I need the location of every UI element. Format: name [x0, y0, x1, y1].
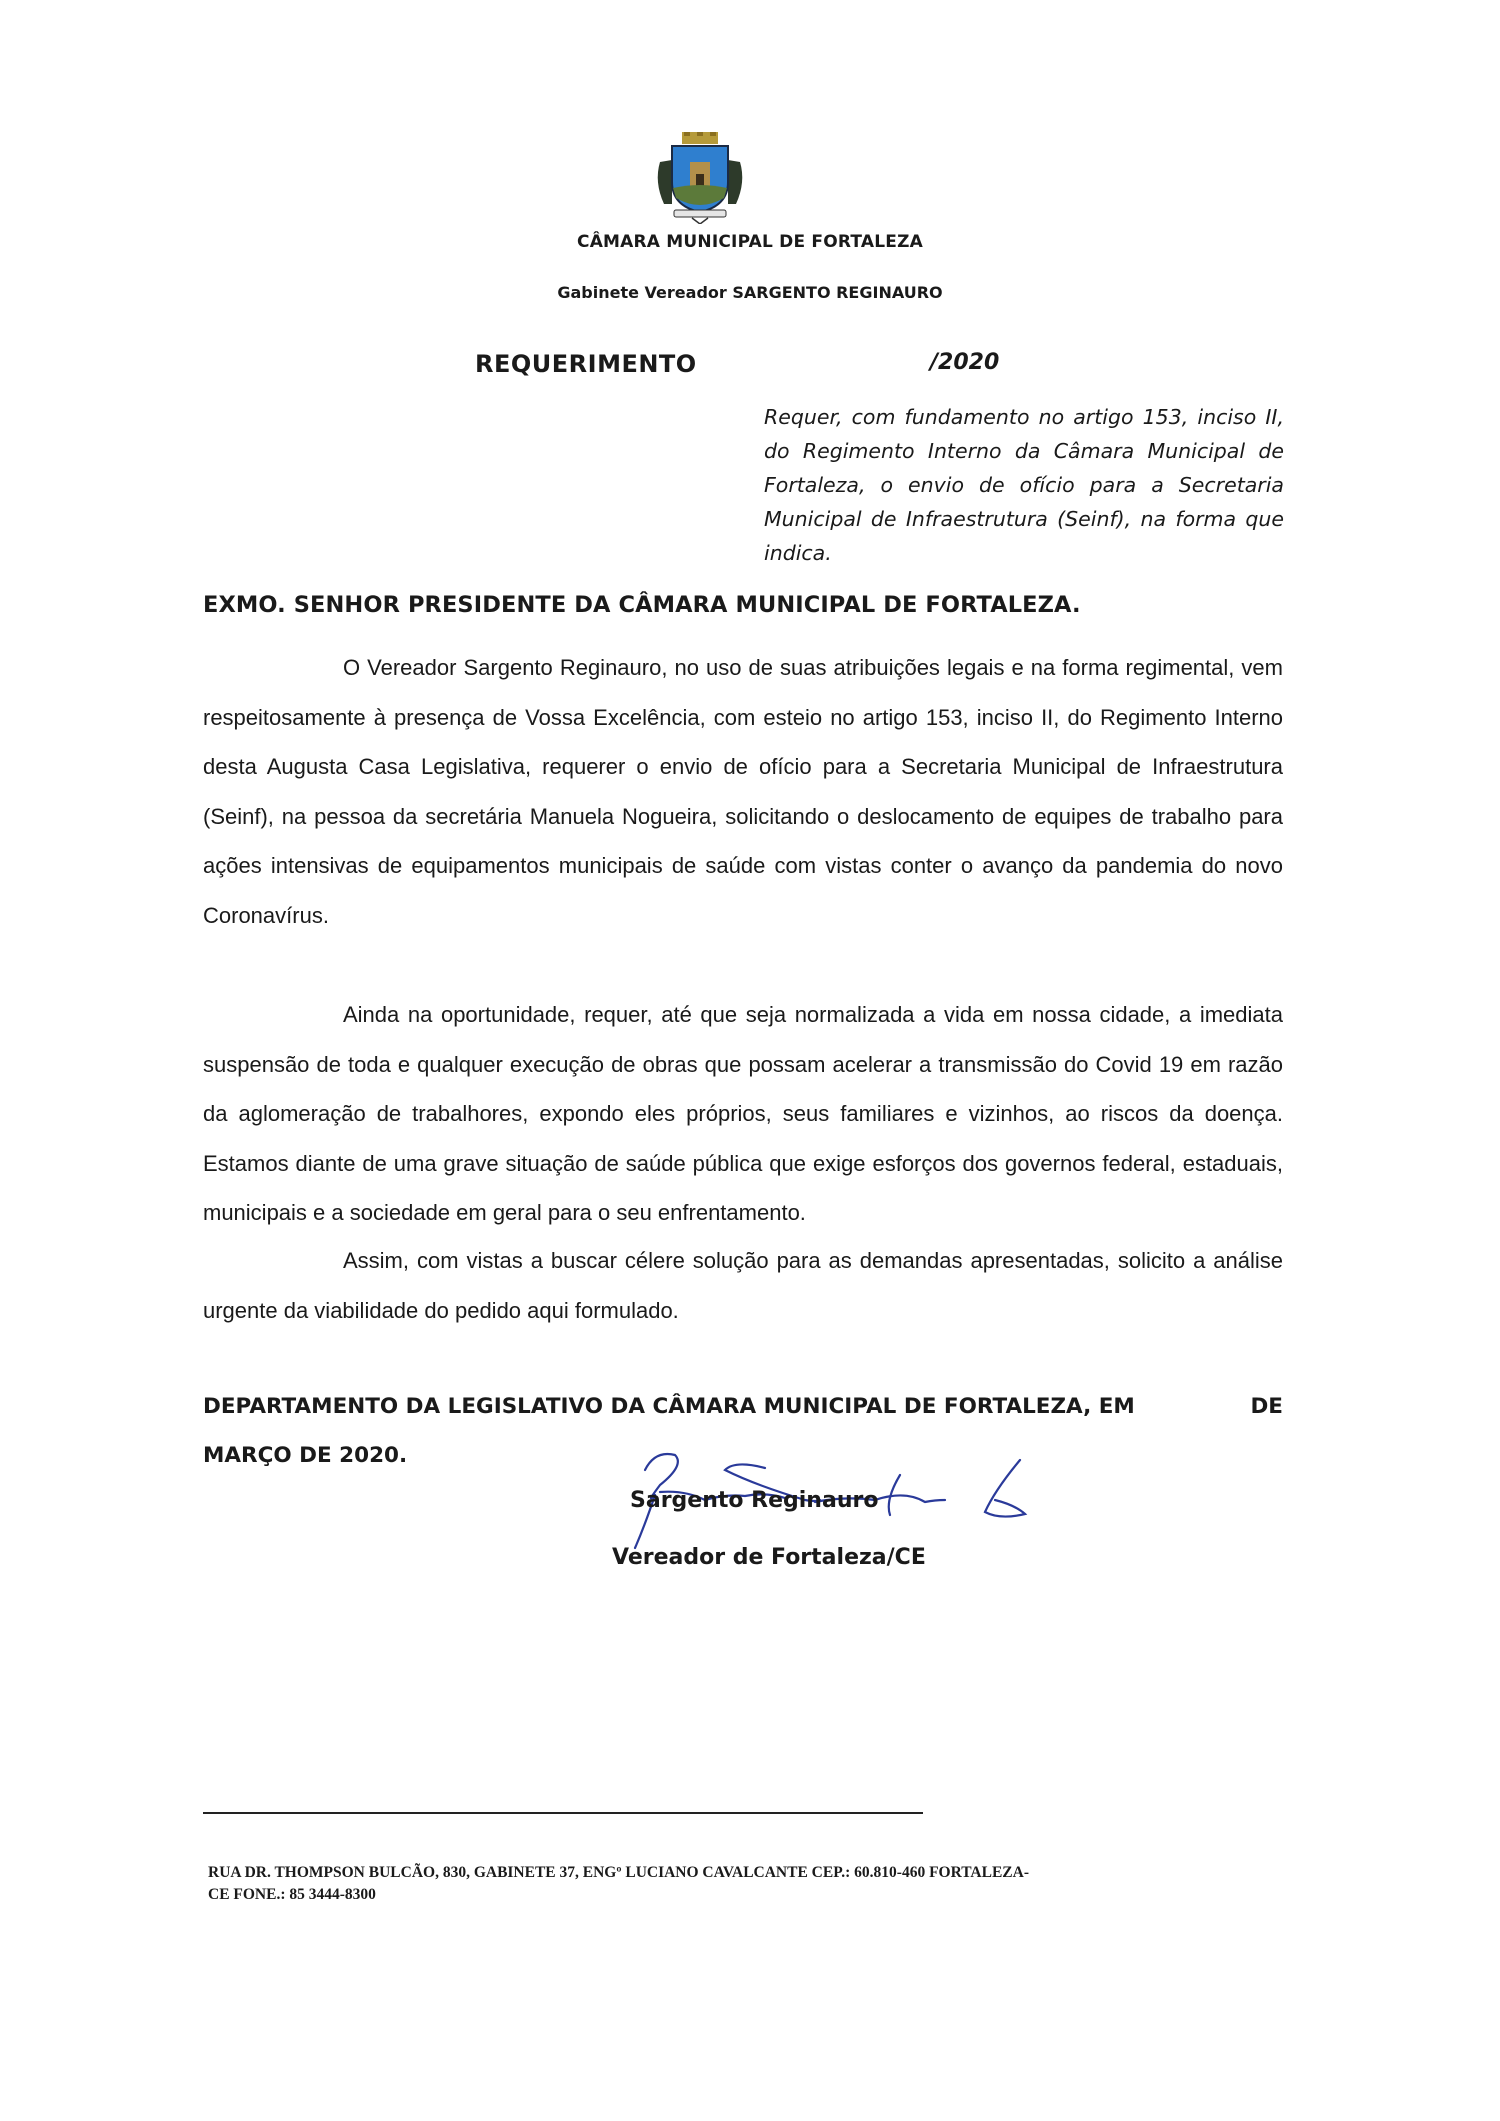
body-paragraph: Assim, com vistas a buscar célere soluçã…: [203, 1236, 1283, 1335]
signer-name: Sargento Reginauro: [630, 1488, 878, 1513]
institution-name: CÂMARA MUNICIPAL DE FORTALEZA: [0, 232, 1500, 252]
document-title: REQUERIMENTO: [475, 350, 697, 378]
footer-address: RUA DR. THOMPSON BULCÃO, 830, GABINETE 3…: [208, 1862, 1288, 1906]
signer-role: Vereador de Fortaleza/CE: [612, 1545, 926, 1570]
coat-of-arms-icon: [650, 132, 750, 224]
office-name: Gabinete Vereador SARGENTO REGINAURO: [0, 283, 1500, 302]
address-line-1: RUA DR. THOMPSON BULCÃO, 830, GABINETE 3…: [208, 1862, 1288, 1884]
body-paragraph: Ainda na oportunidade, requer, até que s…: [203, 990, 1283, 1238]
footer-divider: [203, 1812, 923, 1814]
ementa: Requer, com fundamento no artigo 153, in…: [764, 400, 1284, 570]
body-paragraph: O Vereador Sargento Reginauro, no uso de…: [203, 643, 1283, 940]
closing-line-1-end: DE: [1250, 1382, 1283, 1431]
address-line-2: CE FONE.: 85 3444-8300: [208, 1884, 1288, 1906]
document-number: /2020: [930, 350, 999, 375]
closing-line-1: DEPARTAMENTO DA LEGISLATIVO DA CÂMARA MU…: [203, 1382, 1283, 1431]
salutation: EXMO. SENHOR PRESIDENTE DA CÂMARA MUNICI…: [203, 592, 1081, 618]
